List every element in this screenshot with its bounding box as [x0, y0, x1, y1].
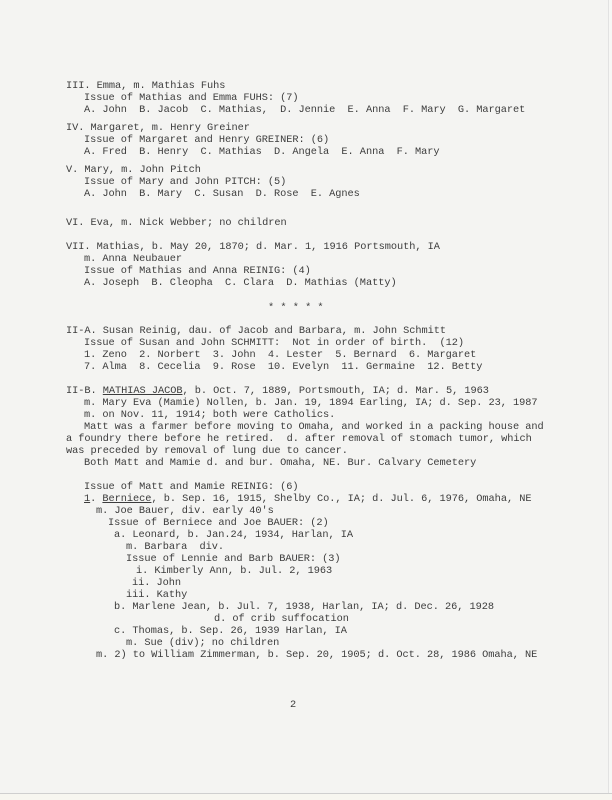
- section-v-children: A. John B. Mary C. Susan D. Rose E. Agne…: [84, 188, 360, 200]
- child-name: Berniece: [102, 493, 151, 505]
- heading-details: , b. Oct. 7, 1889, Portsmouth, IA; d. Ma…: [182, 385, 488, 397]
- section-iia-issue: Issue of Susan and John SCHMITT: Not in …: [84, 337, 464, 349]
- grandchild-c-married: m. Sue (div); no children: [126, 637, 279, 649]
- section-vii-married: m. Anna Neubauer: [84, 253, 182, 265]
- section-iia-heading: II-A. Susan Reinig, dau. of Jacob and Ba…: [66, 325, 446, 337]
- person-name: MATHIAS JACOB: [103, 385, 183, 397]
- grandchild-b: b. Marlene Jean, b. Jul. 7, 1938, Harlan…: [114, 601, 494, 613]
- grandchild-c: c. Thomas, b. Sep. 26, 1939 Harlan, IA: [114, 625, 347, 637]
- child-1-issue: Issue of Berniece and Joe BAUER: (2): [108, 517, 329, 529]
- section-iib-bio: a foundry there before he retired. d. af…: [66, 433, 532, 445]
- section-iib-married-on: m. on Nov. 11, 1914; both were Catholics…: [84, 409, 335, 421]
- section-vii-issue: Issue of Mathias and Anna REINIG: (4): [84, 265, 311, 277]
- section-v-heading: V. Mary, m. John Pitch: [66, 164, 201, 176]
- grandchild-a-married: m. Barbara div.: [126, 541, 224, 553]
- grandchild-a-issue: Issue of Lennie and Barb BAUER: (3): [126, 553, 341, 565]
- section-iv-heading: IV. Margaret, m. Henry Greiner: [66, 122, 250, 134]
- section-iib-issue: Issue of Matt and Mamie REINIG: (6): [84, 481, 299, 493]
- section-separator: * * * * *: [268, 302, 324, 314]
- section-iii-children: A. John B. Jacob C. Mathias, D. Jennie E…: [84, 104, 525, 116]
- section-v-issue: Issue of Mary and John PITCH: (5): [84, 176, 286, 188]
- section-prefix: II-B.: [66, 385, 103, 397]
- grandchild-a: a. Leonard, b. Jan.24, 1934, Harlan, IA: [114, 529, 353, 541]
- page-edge: [608, 0, 612, 793]
- child-1-second-marriage: m. 2) to William Zimmerman, b. Sep. 20, …: [96, 649, 537, 661]
- great-grandchild: ii. John: [132, 577, 181, 589]
- section-iib-burial: Both Matt and Mamie d. and bur. Omaha, N…: [84, 457, 476, 469]
- section-vii-children: A. Joseph B. Cleopha C. Clara D. Mathias…: [84, 277, 397, 289]
- section-iia-children: 1. Zeno 2. Norbert 3. John 4. Lester 5. …: [84, 349, 476, 361]
- section-iia-children: 7. Alma 8. Cecelia 9. Rose 10. Evelyn 11…: [84, 361, 482, 373]
- section-vi-heading: VI. Eva, m. Nick Webber; no children: [66, 217, 287, 229]
- section-vii-heading: VII. Mathias, b. May 20, 1870; d. Mar. 1…: [66, 241, 440, 253]
- child-1-heading: 1. Berniece, b. Sep. 16, 1915, Shelby Co…: [84, 493, 531, 505]
- child-details: , b. Sep. 16, 1915, Shelby Co., IA; d. J…: [151, 493, 531, 505]
- section-iib-heading: II-B. MATHIAS JACOB, b. Oct. 7, 1889, Po…: [66, 385, 489, 397]
- great-grandchild: i. Kimberly Ann, b. Jul. 2, 1963: [136, 565, 332, 577]
- child-number-dot: .: [90, 493, 102, 505]
- page-number: 2: [290, 699, 296, 711]
- section-iii-heading: III. Emma, m. Mathias Fuhs: [66, 80, 225, 92]
- section-iib-bio: was preceded by removal of lung due to c…: [66, 445, 348, 457]
- section-iib-spouse: m. Mary Eva (Mamie) Nollen, b. Jan. 19, …: [84, 397, 538, 409]
- section-iv-children: A. Fred B. Henry C. Mathias D. Angela E.…: [84, 146, 440, 158]
- section-iii-issue: Issue of Mathias and Emma FUHS: (7): [84, 92, 299, 104]
- section-iib-bio: Matt was a farmer before moving to Omaha…: [84, 421, 544, 433]
- grandchild-b-note: d. of crib suffocation: [214, 613, 349, 625]
- section-iv-issue: Issue of Margaret and Henry GREINER: (6): [84, 134, 329, 146]
- great-grandchild: iii. Kathy: [126, 589, 187, 601]
- page-edge: [0, 793, 612, 800]
- child-1-married: m. Joe Bauer, div. early 40's: [96, 505, 274, 517]
